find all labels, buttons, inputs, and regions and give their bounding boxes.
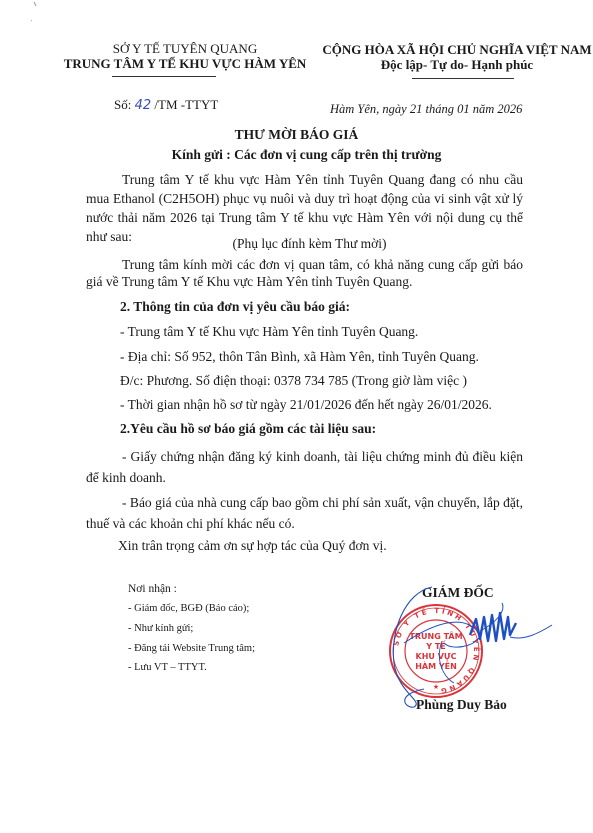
- header-agency-block: SỞ Y TẾ TUYÊN QUANG TRUNG TÂM Y TẾ KHU V…: [60, 42, 310, 72]
- body-paragraph-1: Trung tâm Y tế khu vực Hàm Yên tỉnh Tuyê…: [86, 170, 523, 246]
- organization-name: TRUNG TÂM Y TẾ KHU VỰC HÀM YÊN: [60, 56, 310, 72]
- handwritten-signature-icon: [384, 583, 554, 713]
- header-national-block: CỘNG HÒA XÃ HỘI CHỦ NGHĨA VIỆT NAM Độc l…: [322, 42, 592, 73]
- doc-number-prefix: Số:: [114, 97, 135, 112]
- requester-info-line: Đ/c: Phương. Số điện thoại: 0378 734 785…: [120, 373, 467, 389]
- requester-info-line: - Địa chỉ: Số 952, thôn Tân Bình, xã Hàm…: [120, 349, 479, 365]
- requester-info-line: - Trung tâm Y tế Khu vực Hàm Yên tỉnh Tu…: [120, 324, 418, 340]
- section-required-documents-heading: 2.Yêu cầu hồ sơ báo giá gồm các tài liệu…: [120, 421, 376, 437]
- paragraph-1-text: Trung tâm Y tế khu vực Hàm Yên tỉnh Tuyê…: [86, 172, 523, 244]
- scan-artifact-mark: [28, 0, 48, 30]
- country-name: CỘNG HÒA XÃ HỘI CHỦ NGHĨA VIỆT NAM: [322, 42, 592, 57]
- recipient-item: - Đăng tải Website Trung tâm;: [128, 643, 255, 654]
- document-title: THƯ MỜI BÁO GIÁ: [0, 127, 593, 143]
- appendix-note: (Phụ lục đính kèm Thư mời): [0, 236, 593, 252]
- motto-underline: [412, 78, 514, 79]
- recipient-item: - Lưu VT – TTYT.: [128, 662, 207, 673]
- national-motto: Độc lập- Tự do- Hạnh phúc: [322, 57, 592, 73]
- required-document-text: - Báo giá của nhà cung cấp bao gồm chi p…: [86, 495, 523, 531]
- doc-number-suffix: /TM -TTYT: [151, 97, 218, 112]
- requester-info-line: - Thời gian nhận hồ sơ từ ngày 21/01/202…: [120, 397, 492, 413]
- section-requester-info-heading: 2. Thông tin của đơn vị yêu cầu báo giá:: [120, 299, 350, 315]
- document-number: Số: 42 /TM -TTYT: [114, 97, 218, 113]
- recipient-item: - Giám đốc, BGĐ (Báo cáo);: [128, 603, 249, 614]
- required-document-text: - Giấy chứng nhận đăng ký kinh doanh, tà…: [86, 449, 523, 485]
- doc-number-handwritten: 42: [135, 98, 152, 113]
- department-name: SỞ Y TẾ TUYÊN QUANG: [60, 42, 310, 56]
- addressee-line: Kính gửi : Các đơn vị cung cấp trên thị …: [0, 147, 593, 163]
- recipient-item: - Như kính gửi;: [128, 623, 193, 634]
- organization-underline: [112, 76, 216, 77]
- document-date: Hàm Yên, ngày 21 tháng 01 năm 2026: [330, 102, 522, 117]
- paragraph-2-text: Trung tâm kính mời các đơn vị quan tâm, …: [86, 257, 523, 289]
- closing-line: Xin trân trọng cảm ơn sự hợp tác của Quý…: [118, 538, 387, 554]
- recipients-title: Nơi nhận :: [128, 583, 177, 595]
- required-document-item: - Báo giá của nhà cung cấp bao gồm chi p…: [86, 492, 523, 534]
- body-paragraph-2: Trung tâm kính mời các đơn vị quan tâm, …: [86, 256, 523, 290]
- required-document-item: - Giấy chứng nhận đăng ký kinh doanh, tà…: [86, 446, 523, 488]
